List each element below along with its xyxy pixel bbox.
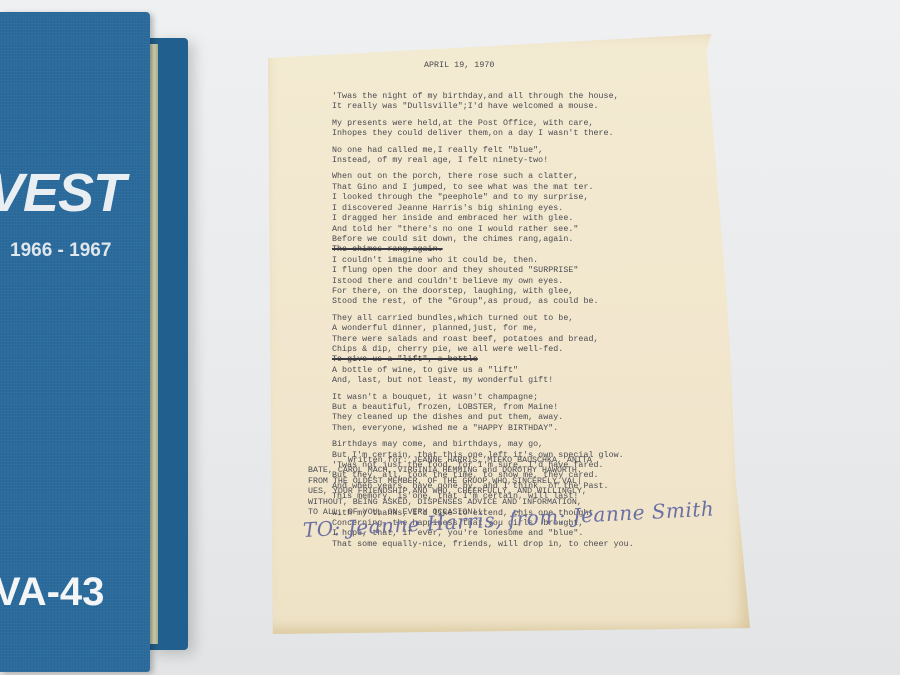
poem-line: Inhopes they could deliver them,on a day…	[332, 129, 732, 139]
poem-line: I couldn't imagine who it could be, then…	[332, 256, 732, 266]
book-years: 1966 - 1967	[10, 240, 111, 262]
stanza: 'Twas the night of my birthday,and all t…	[332, 92, 732, 113]
struck-out-line: The chimes rang,again.	[332, 245, 732, 255]
poem-line: And told her "there's no one I would rat…	[332, 225, 732, 235]
poem-line: A bottle of wine, to give us a "lift"	[332, 366, 732, 376]
poem-line: That Gino and I jumped, to see what was …	[332, 183, 732, 193]
poem-line: Stood the rest, of the "Group",as proud,…	[332, 297, 732, 307]
poem-line: They cleaned up the dishes and put them,…	[332, 413, 732, 423]
poem-line: Istood there and couldn't believe my own…	[332, 277, 732, 287]
poem-line: Birthdays may come, and birthdays, may g…	[332, 440, 732, 450]
poem-line: I discovered Jeanne Harris's big shining…	[332, 204, 732, 214]
stanza: When out on the porch, there rose such a…	[332, 172, 732, 307]
poem-line: I looked through the "peephole" and to m…	[332, 193, 732, 203]
poem-line: Instead, of my real age, I felt ninety-t…	[332, 156, 732, 166]
book-page-edges	[150, 44, 158, 644]
poem-line: There were salads and roast beef, potato…	[332, 335, 732, 345]
book-unit-label: VA-43	[0, 570, 104, 615]
dedication-line: Written for: JEANNE HARRIS, MIEKO BAUSCH…	[308, 456, 728, 466]
dedication-line: BATE, CAROL MACH, VIRGINIA HEMMING and D…	[308, 466, 728, 476]
dedication-line: FROM THE OLDEST MEMBER, OF THE GRUOP,WHO…	[308, 477, 728, 487]
poem-line: A wonderful dinner, planned,just, for me…	[332, 324, 732, 334]
poem-line: That some equally-nice, friends, will dr…	[332, 540, 732, 550]
stanza: No one had called me,I really felt "blue…	[332, 146, 732, 167]
poem-line: They all carried bundles,which turned ou…	[332, 314, 732, 324]
poem-line: 'Twas the night of my birthday,and all t…	[332, 92, 732, 102]
struck-out-line: To give us a "lift", a bottle	[332, 355, 732, 365]
book-title: VEST	[0, 162, 125, 224]
poem-line: But a beautiful, frozen, LOBSTER, from M…	[332, 403, 732, 413]
poem-line: Then, everyone, wished me a "HAPPY BIRTH…	[332, 424, 732, 434]
poem-line: Before we could sit down, the chimes ran…	[332, 235, 732, 245]
poem-line: For there, on the doorstep, laughing, wi…	[332, 287, 732, 297]
poem-line: My presents were held,at the Post Office…	[332, 119, 732, 129]
poem-line: Chips & dip, cherry pie, we all were wel…	[332, 345, 732, 355]
poem-line: It wasn't a bouquet, it wasn't champagne…	[332, 393, 732, 403]
poem-line: When out on the porch, there rose such a…	[332, 172, 732, 182]
poem-date: APRIL 19, 1970	[424, 61, 732, 71]
poem-line: It really was "Dullsville";I'd have welc…	[332, 102, 732, 112]
stanza: They all carried bundles,which turned ou…	[332, 314, 732, 387]
poem-line: I dragged her inside and embraced her wi…	[332, 214, 732, 224]
stanza: It wasn't a bouquet, it wasn't champagne…	[332, 393, 732, 435]
book-cover: VEST 1966 - 1967 VA-43	[0, 12, 150, 672]
dedication-line: UES, YOUR FRIENDSHIP,AND WHO, CHEERFULLY…	[308, 487, 728, 497]
poem-line: And, last, but not least, my wonderful g…	[332, 376, 732, 386]
stanza: My presents were held,at the Post Office…	[332, 119, 732, 140]
poem-line: No one had called me,I really felt "blue…	[332, 146, 732, 156]
poem-line: I flung open the door and they shouted "…	[332, 266, 732, 276]
